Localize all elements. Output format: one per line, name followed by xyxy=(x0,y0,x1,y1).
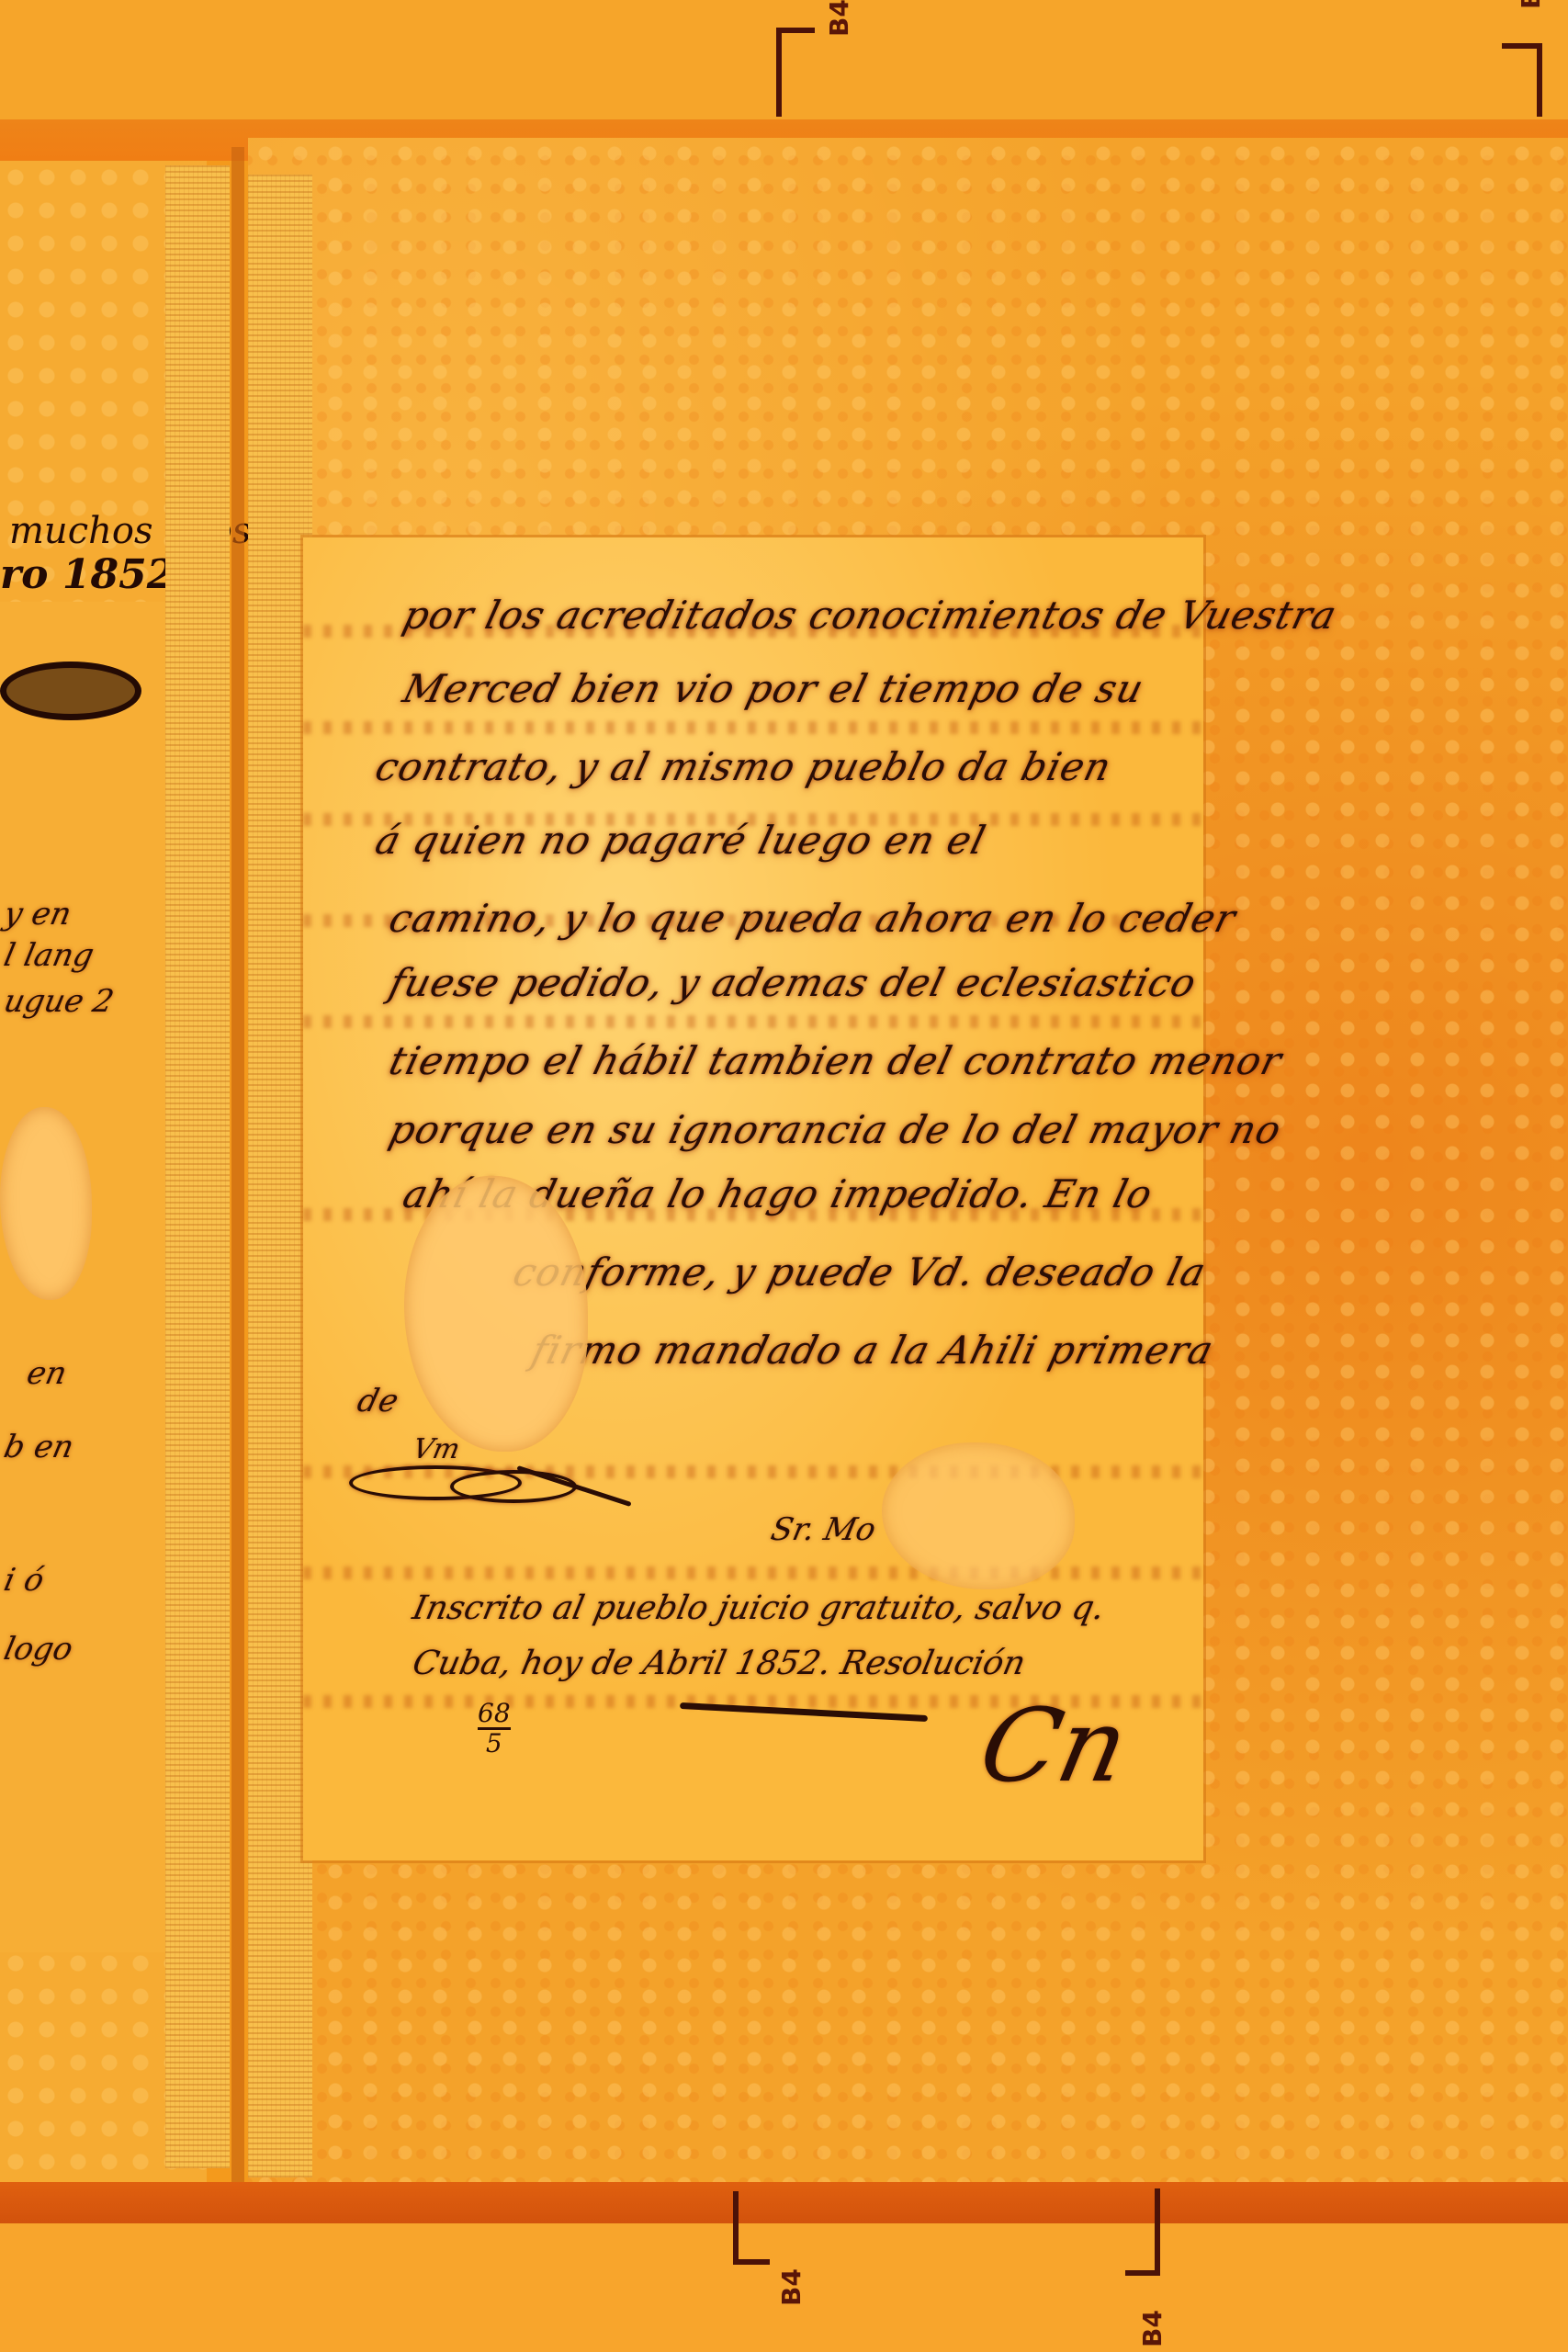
letter-line-8: porque en su ignorancia de lo del mayor … xyxy=(385,1107,1286,1152)
crop-mark-top-right-horizontal xyxy=(1502,43,1542,49)
letter-line-11: firmo mandado a la Ahili primera xyxy=(527,1328,1219,1373)
crop-mark-bottom-right-vertical xyxy=(1155,2188,1160,2276)
folio-number: 68 xyxy=(478,1700,511,1730)
postscript-line-2: Cuba, hoy de Abril 1852. Resolución xyxy=(410,1645,1029,1682)
crop-label-top-right: B xyxy=(1516,0,1546,9)
left-fragment-5: b en xyxy=(1,1429,77,1465)
letter-line-7: tiempo el hábil tambien del contrato men… xyxy=(385,1038,1287,1083)
letter-line-3: contrato, y al mismo pueblo da bien xyxy=(371,744,1116,789)
crop-label-bottom-right: B4 xyxy=(1137,2310,1168,2347)
letter-line-4: á quien no pagaré luego en el xyxy=(371,818,990,863)
manuscript-letter-sheet: por los acreditados conocimientos de Vue… xyxy=(303,537,1203,1860)
final-signature: Cn xyxy=(972,1695,1135,1796)
ink-bleed-through xyxy=(303,1015,1203,1028)
signature-flourish-loop-2 xyxy=(450,1470,577,1503)
ink-bleed-through xyxy=(303,721,1203,734)
letter-line-1: por los acreditados conocimientos de Vue… xyxy=(399,593,1342,638)
left-fragment-3: ugue 2 xyxy=(1,983,118,1020)
left-fragment-4: en xyxy=(24,1355,71,1392)
left-heading-line2: ro 1852. xyxy=(0,551,189,598)
crop-mark-bottom-left-vertical xyxy=(733,2191,739,2265)
crop-mark-bottom-left-horizontal xyxy=(733,2259,770,2265)
letter-line-2: Merced bien vio por el tiempo de su xyxy=(399,666,1149,711)
letter-line-6: fuese pedido, y ademas del eclesiastico xyxy=(385,960,1201,1005)
crop-mark-bottom-right-horizontal xyxy=(1125,2270,1160,2276)
crop-mark-top-left-horizontal xyxy=(776,28,815,33)
crop-label-bottom-left: B4 xyxy=(776,2268,807,2306)
gauze-binding-strip-left xyxy=(165,165,230,2168)
ink-bleed-through xyxy=(303,1566,1203,1579)
mount-background-top xyxy=(0,0,1568,119)
letter-line-10: conforme, y puede Vd. deseado la xyxy=(509,1249,1211,1295)
letter-line-12: de xyxy=(354,1383,403,1419)
postscript-line-1: Inscrito al pueblo juicio gratuito, salv… xyxy=(410,1589,1109,1627)
folio-denominator: 5 xyxy=(478,1730,511,1758)
album-spine xyxy=(231,147,244,2187)
folio-fraction: 68 5 xyxy=(478,1700,511,1758)
left-fragment-1: y en xyxy=(1,896,75,933)
crop-mark-top-left-vertical xyxy=(776,29,782,117)
letter-line-5: camino, y lo que pueda ahora en lo ceder xyxy=(385,896,1241,941)
water-stain-left xyxy=(404,1176,588,1452)
left-fragment-2: l lang xyxy=(1,937,97,974)
shadow-band-bottom xyxy=(0,2182,1568,2223)
crop-label-top-left: B4 xyxy=(824,0,854,37)
closing-word: Vm xyxy=(410,1433,463,1465)
left-flourish-signature xyxy=(0,661,141,720)
left-fragment-7: logo xyxy=(1,1631,76,1668)
left-fragment-6: i ó xyxy=(1,1562,48,1599)
secondary-signature: Sr. Mo xyxy=(768,1511,879,1548)
crop-mark-top-right-vertical xyxy=(1537,43,1542,117)
